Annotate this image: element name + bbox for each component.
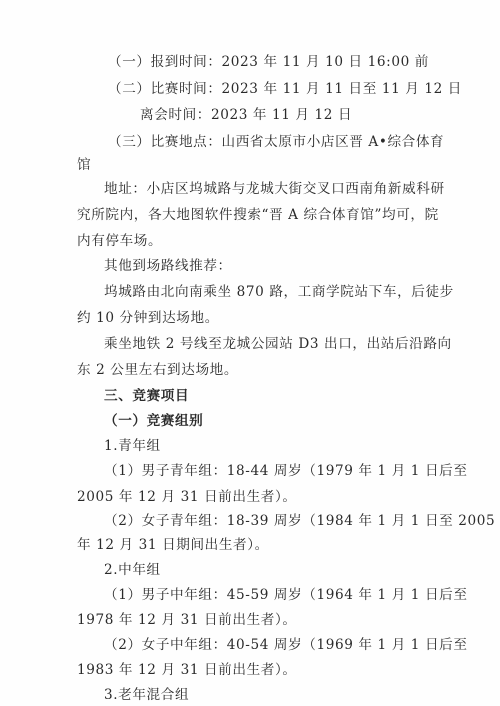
address-line-1: 地址：小店区坞城路与龙城大街交叉口西南角新威科研 (104, 180, 445, 198)
bus-route-line-1: 坞城路由北向南乘坐 870 路，工商学院站下车，后徒步 (104, 283, 454, 301)
youth-men-line-2: 2005 年 12 月 31 日前出生者）。 (77, 488, 297, 506)
middle-women-line-2: 1983 年 12 月 31 日前出生者）。 (77, 661, 297, 679)
competition-time: （二）比赛时间：2023 年 11 月 11 日至 11 月 12 日 (108, 80, 462, 98)
document-page: （一）报到时间：2023 年 11 月 10 日 16:00 前 （二）比赛时间… (0, 0, 500, 706)
youth-women-line-2: 年 12 月 31 日期间出生者）。 (77, 536, 269, 554)
youth-women-line-1: （2）女子青年组：18-39 周岁（1984 年 1 月 1 日至 2005 (104, 512, 495, 530)
youth-men-line-1: （1）男子青年组：18-44 周岁（1979 年 1 月 1 日后至 (104, 462, 468, 480)
venue-line-2: 馆 (77, 156, 91, 174)
metro-route-line-1: 乘坐地铁 2 号线至龙城公园站 D3 出口，出站后沿路向 (104, 335, 452, 353)
metro-route-line-2: 东 2 公里左右到达场地。 (77, 361, 238, 379)
middle-age-group-title: 2.中年组 (104, 561, 161, 579)
address-line-3: 内有停车场。 (77, 232, 162, 250)
routes-heading: 其他到场路线推荐： (104, 257, 232, 275)
subsection-heading-groups: （一）竞赛组别 (104, 412, 203, 430)
middle-women-line-1: （2）女子中年组：40-54 周岁（1969 年 1 月 1 日后至 (104, 636, 468, 654)
departure-time: 离会时间：2023 年 11 月 12 日 (140, 106, 352, 124)
middle-men-line-2: 1978 年 12 月 31 日前出生者）。 (77, 611, 297, 629)
youth-group-title: 1.青年组 (104, 437, 161, 455)
registration-time: （一）报到时间：2023 年 11 月 10 日 16:00 前 (108, 53, 429, 71)
middle-men-line-1: （1）男子中年组：45-59 周岁（1964 年 1 月 1 日后至 (104, 586, 468, 604)
address-line-2: 究所院内，各大地图软件搜索“晋 A 综合体育馆”均可，院 (77, 206, 439, 224)
senior-group-title: 3.老年混合组 (104, 686, 189, 704)
venue-line-1: （三）比赛地点：山西省太原市小店区晋 A•综合体育 (108, 133, 444, 151)
section-heading-competition-events: 三、竞赛项目 (104, 387, 189, 405)
bus-route-line-2: 约 10 分钟到达场地。 (77, 309, 219, 327)
